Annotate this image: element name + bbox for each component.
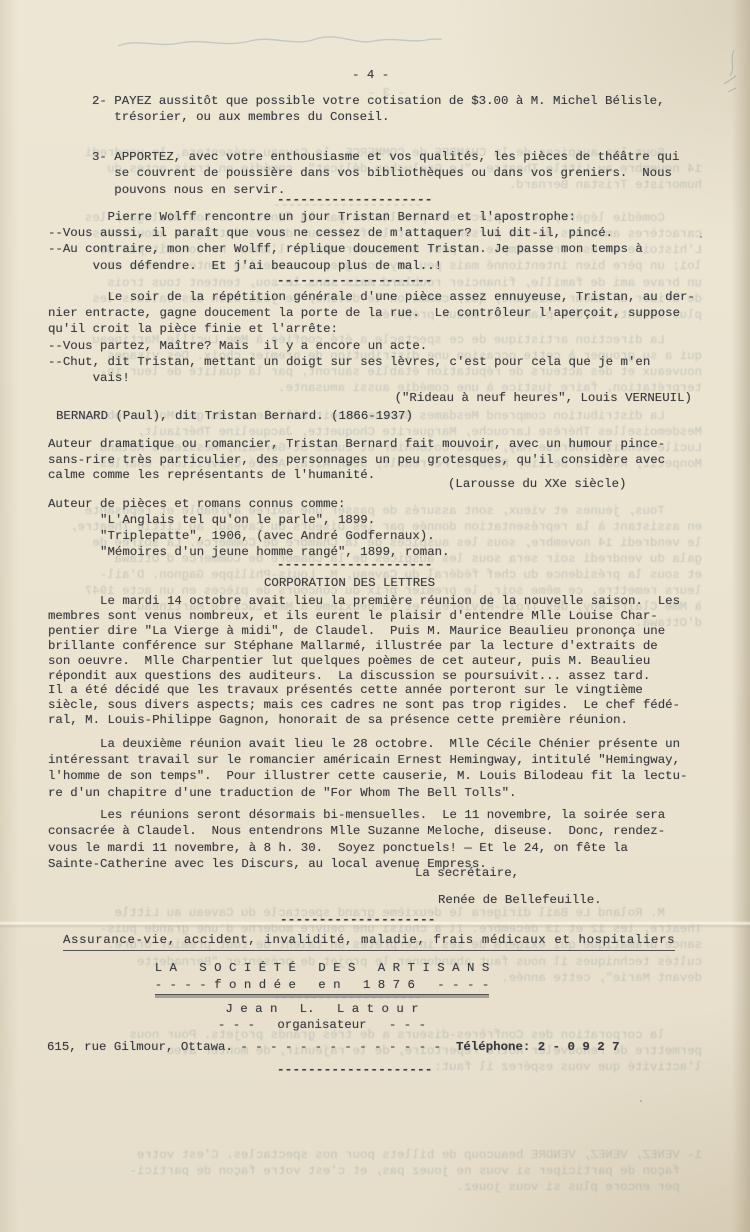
list-item-2: 2- PAYEZ aussitôt que possible votre cot…: [48, 93, 708, 126]
bleed-line: 1- VENEZ, VENEZ, VENDRE beaucoup de bill…: [137, 1148, 702, 1162]
paragraph-line: vous le mardi 11 novembre, à 8 h. 30. So…: [48, 840, 708, 856]
signature-title: La secrétaire,: [415, 866, 519, 880]
paragraph-line: Sainte-Catherine avec les Discurs, au lo…: [48, 856, 708, 872]
paragraph-line: Pierre Wolff rencontre un jour Tristan B…: [48, 209, 708, 225]
paragraph-line: vous défendre. Et j'ai beaucoup plus de …: [48, 258, 708, 274]
paragraph-line: Auteur dramatique ou romancier, Tristan …: [48, 437, 708, 453]
item2-line: trésorier, ou aux membres du Conseil.: [48, 109, 708, 125]
paragraph-line: Il a été décidé que les travaux présenté…: [48, 683, 708, 698]
ad-contact-line: 615, rue Gilmour, Ottawa. - - - - - - - …: [47, 1040, 620, 1054]
ad-agent-name: J e a n L. L a t o u r: [0, 1002, 644, 1016]
bleed-line: façon de participer si vous ne jouez pas…: [129, 1164, 702, 1178]
paragraph-line: --Au contraire, mon cher Wolff, réplique…: [48, 241, 708, 257]
paragraph-line: siècle, sous divers aspects; mais ces ca…: [48, 698, 708, 713]
bernard-heading: BERNARD (Paul), dit Tristan Bernard. (18…: [56, 409, 413, 423]
page-number: - 4 -: [352, 68, 389, 82]
works-list: Auteur de pièces et romans connus comme:…: [48, 496, 708, 560]
paragraph-line: brillante conférence sur Stéphane Mallar…: [48, 639, 708, 654]
paragraph-line: membres sont venus nombreux, et ils eure…: [48, 609, 708, 624]
dashed-separator: --------------------: [277, 558, 433, 572]
paragraph-line: son oeuvre. Mlle Charpentier lut quelque…: [48, 654, 708, 669]
bleed-line: l'activité que vous espérez il faut:: [434, 1060, 702, 1074]
bleed-line: per encore plus si vous jouez.: [457, 1180, 702, 1194]
anecdote-wolff: Pierre Wolff rencontre un jour Tristan B…: [48, 209, 708, 274]
works-line: Auteur de pièces et romans connus comme:: [48, 496, 708, 512]
paragraph-reunion-1: Le mardi 14 octobre avait lieu la premiè…: [48, 594, 708, 728]
paragraph-reunion-2: La deuxième réunion avait lieu le 28 oct…: [48, 736, 708, 801]
ad-company-name: L A S O C I É T É D E S A R T I S A N S: [0, 961, 644, 975]
item3-line: se couvrent de poussière dans vos biblio…: [48, 165, 708, 181]
list-item-3: 3- APPORTEZ, avec votre enthousiasme et …: [48, 149, 708, 198]
paragraph-line: l'homme de son temps". Pour illustrer ce…: [48, 768, 708, 784]
paragraph-line: re d'un chapitre d'une traduction de "Fo…: [48, 785, 708, 801]
larousse-citation: (Larousse du XXe siècle): [448, 477, 626, 491]
paragraph-line: Le soir de la répétition générale d'une …: [48, 289, 708, 305]
paragraph-line: Le mardi 14 octobre avait lieu la premiè…: [48, 594, 708, 609]
dashed-separator: --------------------: [277, 1063, 433, 1077]
paragraph-line: --Chut, dit Tristan, mettant un doigt su…: [48, 354, 708, 370]
works-line: "L'Anglais tel qu'on le parle", 1899.: [48, 512, 708, 528]
newsletter-page: - 3 - Sous les auspices de la CHAMBRE de…: [0, 0, 750, 1232]
paragraph-line: vais!: [48, 370, 708, 386]
paragraph-line: nier entracte, gagne doucement la porte …: [48, 305, 708, 321]
paragraph-line: Les réunions seront désormais bi-mensuel…: [48, 807, 708, 823]
pencil-squiggle: [112, 26, 447, 58]
paragraph-line: ral, M. Louis-Philippe Gagnon, honorait …: [48, 713, 708, 728]
item3-line: 3- APPORTEZ, avec votre enthousiasme et …: [48, 149, 708, 165]
paragraph-line: La deuxième réunion avait lieu le 28 oct…: [48, 736, 708, 752]
paragraph-line: --Vous aussi, il paraît que vous ne cess…: [48, 225, 708, 241]
ad-address: 615, rue Gilmour, Ottawa.: [47, 1040, 240, 1054]
paragraph-reunion-3: Les réunions seront désormais bi-mensuel…: [48, 807, 708, 872]
paragraph-line: pentier dire "La Vierge à midi", de Clau…: [48, 624, 708, 639]
ad-banner: Assurance-vie, accident, invalidité, mal…: [63, 933, 675, 951]
paragraph-line: qu'il croit la pièce finie et l'arrête:: [48, 321, 708, 337]
paragraph-line: intéressant travail sur le romancier amé…: [48, 752, 708, 768]
anecdote-tristan: Le soir de la répétition générale d'une …: [48, 289, 708, 386]
ad-dash-fill: - - - - - - - - - - - - - -: [240, 1040, 456, 1054]
ad-phone: Téléphone: 2 - 0 9 2 7: [456, 1040, 620, 1054]
paragraph-line: répondit aux questions des auditeurs. La…: [48, 669, 708, 684]
corner-mark: [720, 48, 746, 98]
dashed-separator: --------------------: [277, 193, 433, 207]
attribution-line: ("Rideau à neuf heures", Louis VERNEUIL): [48, 391, 692, 405]
section-heading: CORPORATION DES LETTRES: [264, 576, 435, 590]
item2-line: 2- PAYEZ aussitôt que possible votre cot…: [48, 93, 708, 109]
dashed-separator: --------------------: [277, 274, 433, 288]
ad-agent-role: - - - organisateur - - -: [0, 1018, 644, 1032]
dashed-separator: --------------------: [280, 913, 436, 927]
paragraph-line: --Vous partez, Maître? Mais il y a encor…: [48, 338, 708, 354]
paragraph-line: sans-rire très particulier, des personna…: [48, 453, 708, 469]
ad-founded-text: - - - - f o n d é e e n 1 8 7 6 - - - -: [155, 978, 490, 995]
paragraph-line: consacrée à Claudel. Nous entendrons Mll…: [48, 823, 708, 839]
works-line: "Triplepatte", 1906, (avec André Godfern…: [48, 528, 708, 544]
signature-name: Renée de Bellefeuille.: [438, 893, 602, 907]
quote-attribution: ("Rideau à neuf heures", Louis VERNEUIL): [48, 391, 708, 405]
ad-founded: - - - - f o n d é e e n 1 8 7 6 - - - -: [0, 978, 644, 995]
